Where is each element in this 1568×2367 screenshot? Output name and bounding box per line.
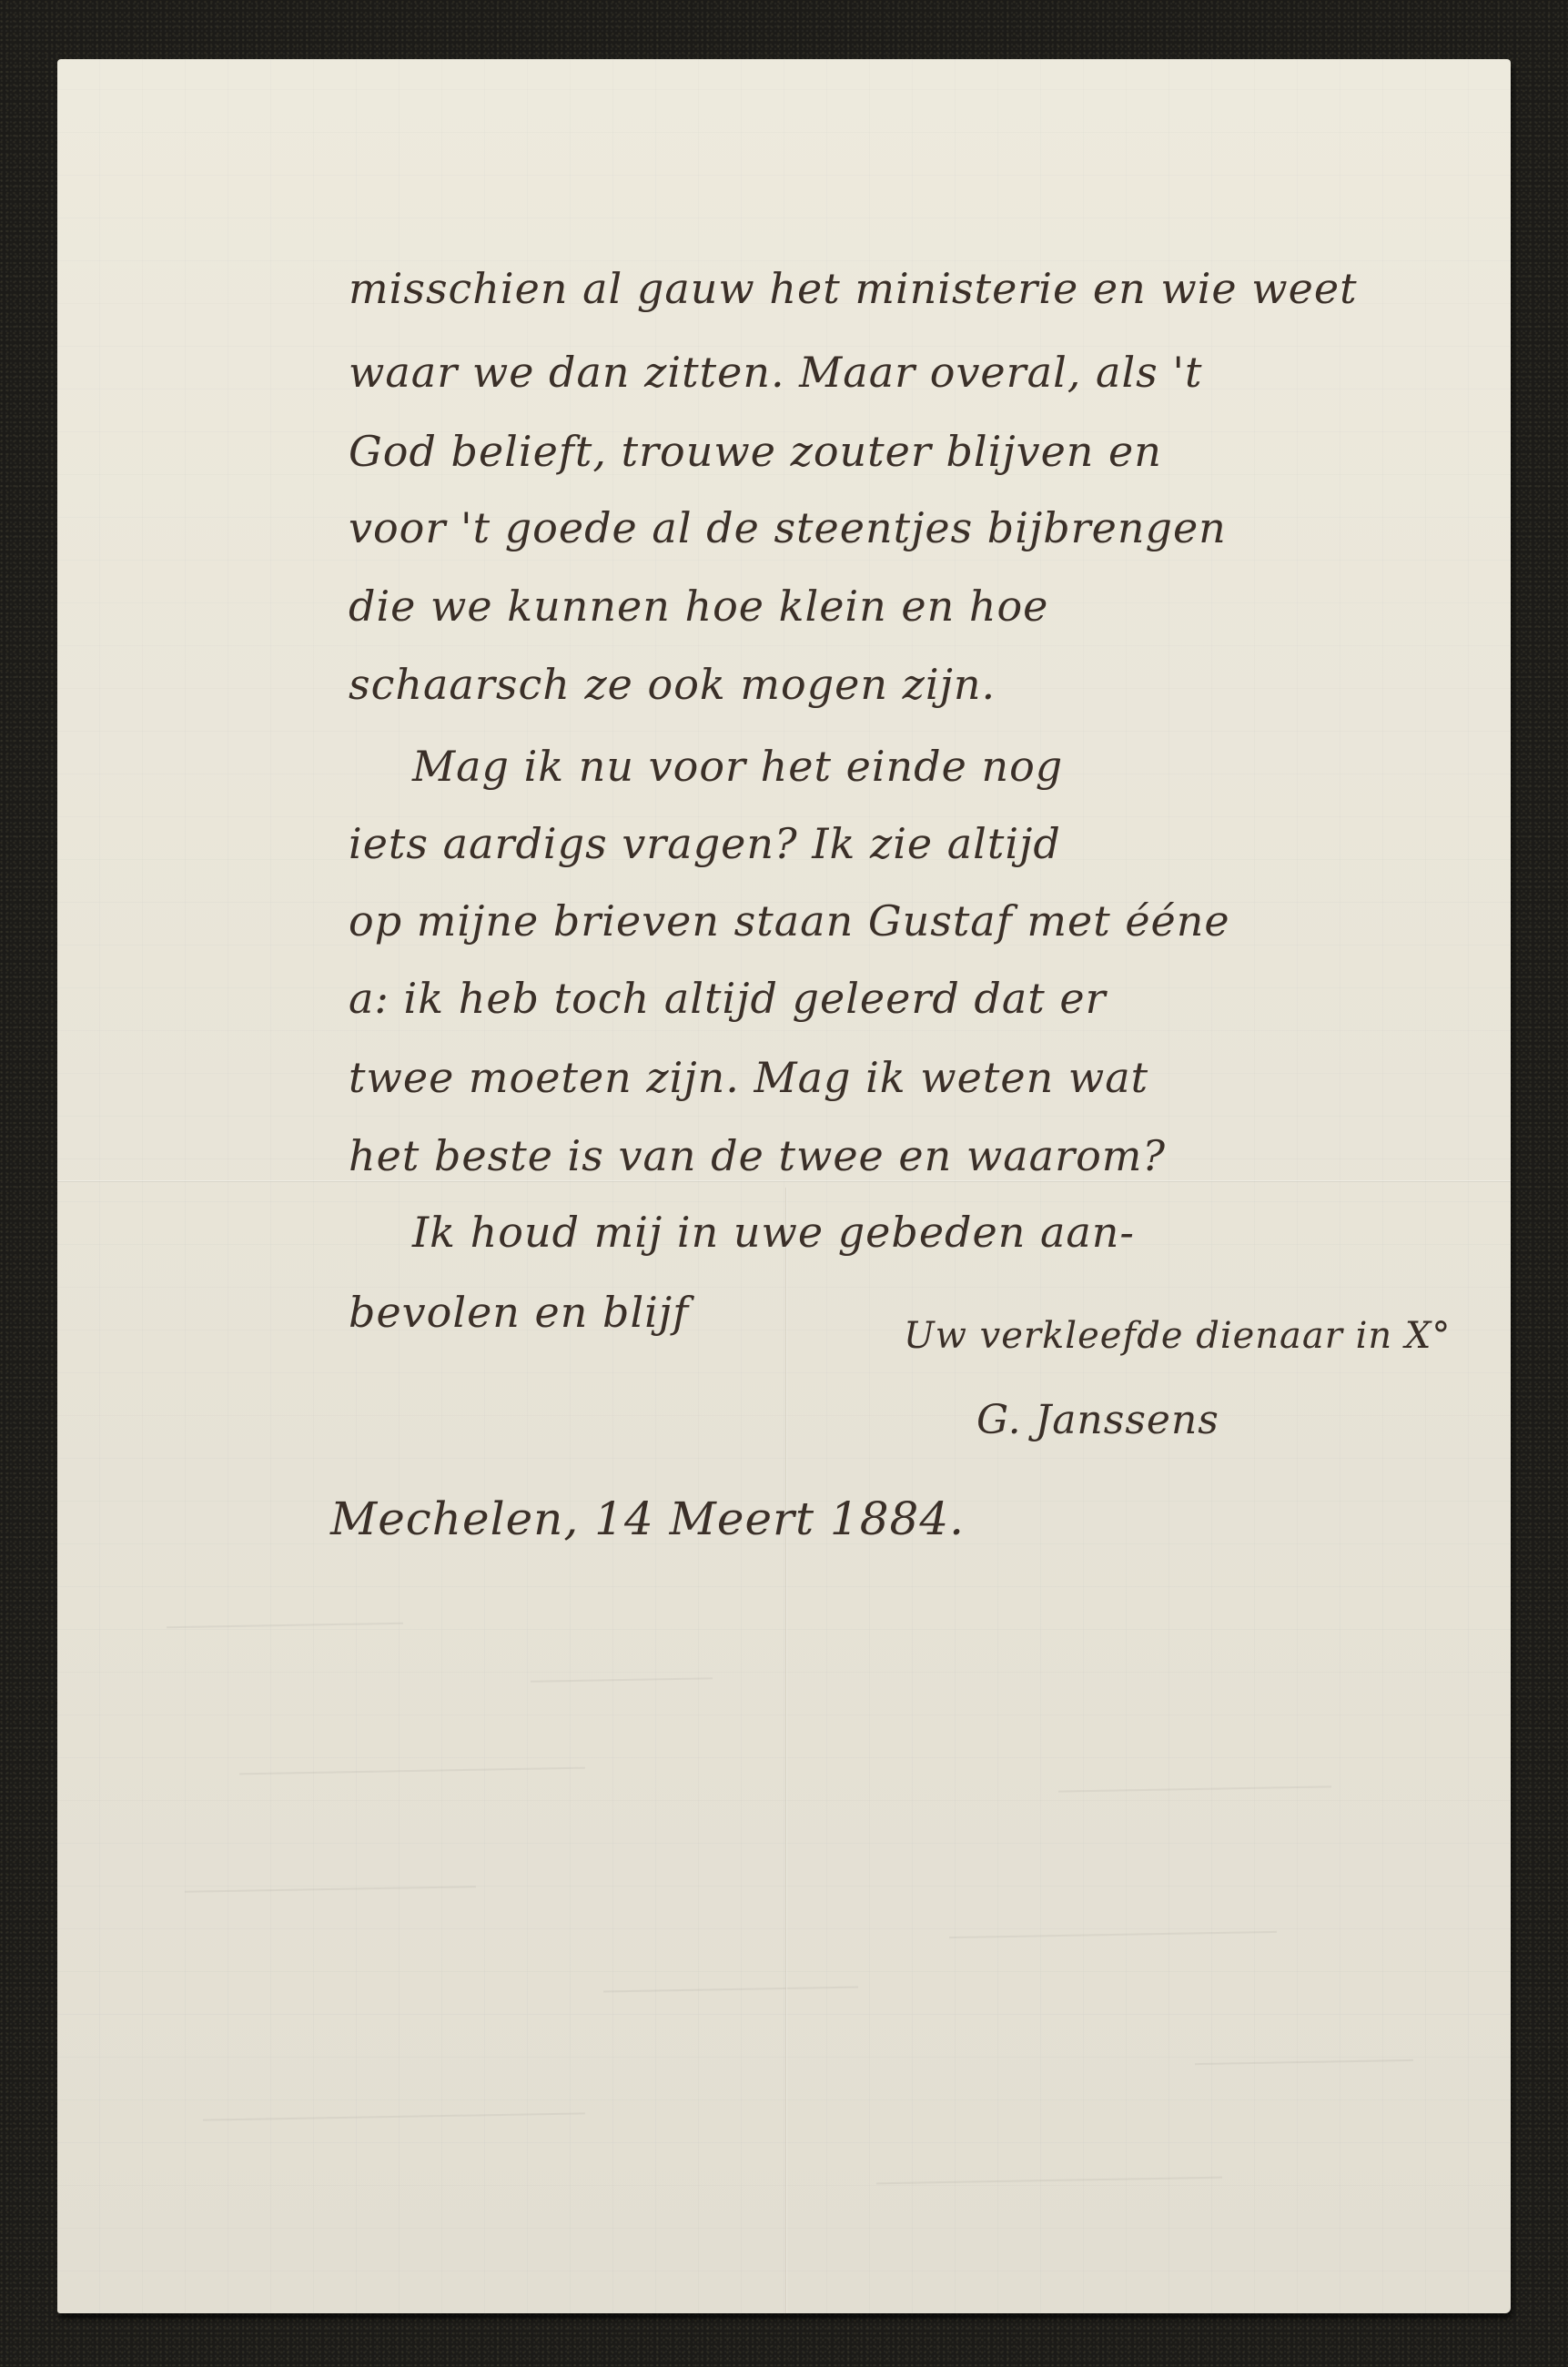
letter-line-5: die we kunnen hoe klein en hoe bbox=[349, 582, 1048, 631]
letter-line-13: Ik houd mij in uwe gebeden aan- bbox=[412, 1208, 1135, 1257]
signature: G. Janssens bbox=[976, 1397, 1219, 1443]
letter-line-8: iets aardigs vragen? Ik zie altijd bbox=[349, 819, 1061, 868]
letter-line-7: Mag ik nu voor het einde nog bbox=[412, 742, 1063, 791]
letter-page: misschien al gauw het ministerie en wie … bbox=[57, 59, 1511, 2313]
bleed-through-marks bbox=[57, 59, 1511, 2313]
horizontal-fold bbox=[57, 1180, 1511, 1182]
letter-line-10: a: ik heb toch altijd geleerd dat er bbox=[349, 974, 1107, 1023]
letter-line-6: schaarsch ze ook mogen zijn. bbox=[349, 660, 996, 709]
letter-line-12: het beste is van de twee en waarom? bbox=[349, 1131, 1166, 1180]
letter-line-4: voor 't goede al de steentjes bijbrengen bbox=[349, 503, 1227, 552]
letter-line-11: twee moeten zijn. Mag ik weten wat bbox=[349, 1053, 1148, 1102]
letter-line-1: misschien al gauw het ministerie en wie … bbox=[349, 264, 1358, 313]
closing-line: Uw verkleefde dienaar in X° bbox=[904, 1315, 1451, 1357]
letter-line-9: op mijne brieven staan Gustaf met ééne bbox=[349, 896, 1230, 946]
letter-line-2: waar we dan zitten. Maar overal, als 't bbox=[349, 348, 1203, 397]
place-date: Mechelen, 14 Meert 1884. bbox=[330, 1492, 965, 1545]
letter-line-14: bevolen en blijf bbox=[349, 1288, 689, 1337]
vertical-fold bbox=[785, 1188, 787, 2313]
letter-line-3: God belieft, trouwe zouter blijven en bbox=[349, 427, 1162, 476]
